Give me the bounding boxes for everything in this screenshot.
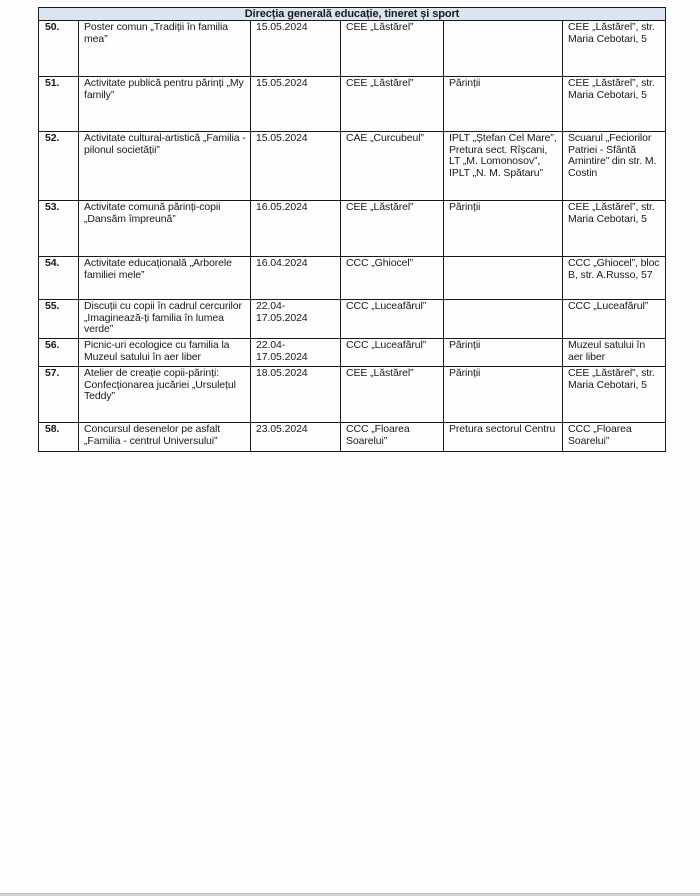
activity-name-cell: Activitate publică pentru părinți „My fa… <box>79 77 251 132</box>
location-cell: CCC „Ghiocel”, bloc B, str. A.Russo, 57 <box>563 257 666 300</box>
table-row: 51.Activitate publică pentru părinți „My… <box>39 77 666 132</box>
location-cell: CCC „Luceafărul” <box>563 300 666 339</box>
activity-date-cell: 16.04.2024 <box>251 257 341 300</box>
organizer-cell: CEE „Lăstărel” <box>341 77 444 132</box>
organizer-cell: CEE „Lăstărel” <box>341 367 444 423</box>
document-page: Direcția generală educație, tineret și s… <box>0 0 700 893</box>
row-number-cell: 52. <box>39 132 79 201</box>
organizer-cell: CCC „Ghiocel” <box>341 257 444 300</box>
row-number-cell: 57. <box>39 367 79 423</box>
row-number-cell: 56. <box>39 339 79 367</box>
partners-cell <box>444 257 563 300</box>
location-cell: CEE „Lăstărel”, str. Maria Cebotari, 5 <box>563 77 666 132</box>
row-number-cell: 55. <box>39 300 79 339</box>
activity-name-cell: Activitate cultural-artistică „Familia -… <box>79 132 251 201</box>
activity-date-cell: 15.05.2024 <box>251 77 341 132</box>
row-number-cell: 50. <box>39 21 79 77</box>
organizer-cell: CCC „Floarea Soarelui” <box>341 423 444 452</box>
table-row: 50.Poster comun „Tradiții în familia mea… <box>39 21 666 77</box>
partners-cell: Pretura sectorul Centru <box>444 423 563 452</box>
activities-table: Direcția generală educație, tineret și s… <box>38 7 666 452</box>
activity-name-cell: Concursul desenelor pe asfalt „Familia -… <box>79 423 251 452</box>
section-header-row: Direcția generală educație, tineret și s… <box>39 8 666 21</box>
partners-cell: Părinții <box>444 339 563 367</box>
activity-date-cell: 15.05.2024 <box>251 21 341 77</box>
row-number-cell: 51. <box>39 77 79 132</box>
location-cell: Muzeul satului în aer liber <box>563 339 666 367</box>
row-number-cell: 58. <box>39 423 79 452</box>
activity-name-cell: Poster comun „Tradiții în familia mea” <box>79 21 251 77</box>
organizer-cell: CEE „Lăstărel” <box>341 201 444 257</box>
organizer-cell: CCC „Luceafărul” <box>341 339 444 367</box>
row-number-cell: 53. <box>39 201 79 257</box>
activity-date-cell: 18.05.2024 <box>251 367 341 423</box>
partners-cell: Părinții <box>444 201 563 257</box>
activity-date-cell: 22.04-17.05.2024 <box>251 300 341 339</box>
table-row: 55.Discuții cu copii în cadrul cercurilo… <box>39 300 666 339</box>
row-number-cell: 54. <box>39 257 79 300</box>
activity-date-cell: 15.05.2024 <box>251 132 341 201</box>
activity-name-cell: Activitate comună părinți-copii „Dansăm … <box>79 201 251 257</box>
table-row: 58.Concursul desenelor pe asfalt „Famili… <box>39 423 666 452</box>
table-row: 57.Atelier de creație copii-părinți: Con… <box>39 367 666 423</box>
partners-cell <box>444 21 563 77</box>
partners-cell: Părinții <box>444 77 563 132</box>
location-cell: CEE „Lăstărel”, str. Maria Cebotari, 5 <box>563 201 666 257</box>
table-row: 52.Activitate cultural-artistică „Famili… <box>39 132 666 201</box>
organizer-cell: CAE „Curcubeul” <box>341 132 444 201</box>
location-cell: Scuarul „Feciorilor Patriei - Sfântă Ami… <box>563 132 666 201</box>
activity-name-cell: Activitate educațională „Arborele famili… <box>79 257 251 300</box>
location-cell: CCC „Floarea Soarelui” <box>563 423 666 452</box>
activity-name-cell: Atelier de creație copii-părinți: Confec… <box>79 367 251 423</box>
activity-date-cell: 16.05.2024 <box>251 201 341 257</box>
location-cell: CEE „Lăstărel”, str. Maria Cebotari, 5 <box>563 21 666 77</box>
section-title: Direcția generală educație, tineret și s… <box>39 8 666 21</box>
partners-cell: IPLT „Ștefan Cel Mare”, Pretura sect. Rî… <box>444 132 563 201</box>
activity-name-cell: Picnic-uri ecologice cu familia la Muzeu… <box>79 339 251 367</box>
organizer-cell: CCC „Luceafărul” <box>341 300 444 339</box>
partners-cell: Părinții <box>444 367 563 423</box>
table-row: 54.Activitate educațională „Arborele fam… <box>39 257 666 300</box>
location-cell: CEE „Lăstărel”, str. Maria Cebotari, 5 <box>563 367 666 423</box>
partners-cell <box>444 300 563 339</box>
activity-name-cell: Discuții cu copii în cadrul cercurilor „… <box>79 300 251 339</box>
table-row: 56.Picnic-uri ecologice cu familia la Mu… <box>39 339 666 367</box>
table-row: 53.Activitate comună părinți-copii „Dans… <box>39 201 666 257</box>
activity-date-cell: 22.04-17.05.2024 <box>251 339 341 367</box>
organizer-cell: CEE „Lăstărel” <box>341 21 444 77</box>
activity-date-cell: 23.05.2024 <box>251 423 341 452</box>
